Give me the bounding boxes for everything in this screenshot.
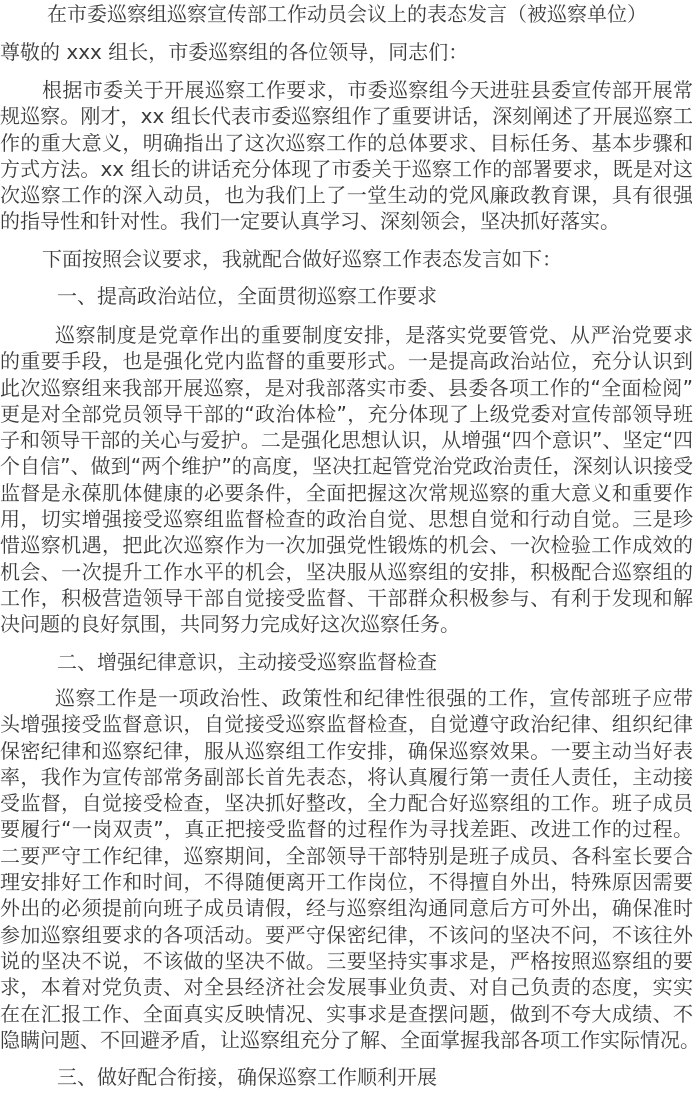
paragraph-line: 子和领导干部的关心与爱护。二是强化思想认识，从增强“四个意识”、坚定“四: [0, 427, 693, 453]
section-heading-1: 一、提高政治站位，全面贯彻巡察工作要求: [57, 283, 693, 309]
paragraph-line: 二要严守工作纪律，巡察期间，全部领导干部特别是班子成员、各科室长要合: [0, 843, 693, 869]
paragraph-line: 巡察工作是一项政治性、政策性和纪律性很强的工作，宣传部班子应带: [0, 685, 693, 711]
paragraph-transition: 下面按照会议要求，我就配合做好巡察工作表态发言如下：: [42, 246, 693, 272]
paragraph-line: 率，我作为宣传部常务副部长首先表态，将认真履行第一责任人责任，主动接: [0, 764, 693, 790]
paragraph-line: 隐瞒问题、不回避矛盾，让巡察组充分了解、全面掌握我部各项工作实际情况。: [0, 1027, 693, 1053]
paragraph-line: 监督是永葆肌体健康的必要条件，全面把握这次常规巡察的重大意义和重要作: [0, 480, 693, 506]
paragraph-line: 个自信”、做到“两个维护”的高度，坚决扛起管党治党政治责任，深刻认识接受: [0, 453, 693, 479]
paragraph-line: 机会、一次提升工作水平的机会，坚决服从巡察组的安排，积极配合巡察组的: [0, 559, 693, 585]
paragraph-line: 更是对全部党员领导干部的“政治体检”，充分体现了上级党委对宣传部领导班: [0, 401, 693, 427]
paragraph-line: 工作，积极营造领导干部自觉接受监督、干部群众积极参与、有利于发现和解: [0, 585, 693, 611]
paragraph-line: 次巡察工作的深入动员，也为我们上了一堂生动的党风廉政教育课，具有很强: [0, 182, 693, 208]
paragraph-line: 此次巡察组来我部开展巡察，是对我部落实市委、县委各项工作的“全面检阅”: [0, 375, 693, 401]
paragraph-line: 惜巡察机遇，把此次巡察作为一次加强党性锻炼的机会、一次检验工作成效的: [0, 532, 693, 558]
paragraph-line: 作的重大意义，明确指出了这次巡察工作的总体要求、目标任务、基本步骤和: [0, 130, 693, 156]
paragraph-section-2: 巡察工作是一项政治性、政策性和纪律性很强的工作，宣传部班子应带 头增强接受监督意…: [0, 685, 693, 1053]
document-title: 在市委巡察组巡察宣传部工作动员会议上的表态发言（被巡察单位）: [47, 1, 687, 27]
paragraph-line: 规巡察。刚才，xx 组长代表市委巡察组作了重要讲话，深刻阐述了开展巡察工: [0, 103, 693, 129]
paragraph-line: 方式方法。xx 组长的讲话充分体现了市委关于巡察工作的部署要求，既是对这: [0, 156, 693, 182]
paragraph-line: 受监督，自觉接受检查，坚决抓好整改，全力配合好巡察组的工作。班子成员: [0, 790, 693, 816]
paragraph-line: 的重要手段，也是强化党内监督的重要形式。一是提高政治站位，充分认识到: [0, 348, 693, 374]
paragraph-line: 巡察制度是党章作出的重要制度安排，是落实党要管党、从严治党要求: [0, 322, 693, 348]
paragraph-line: 理安排好工作和时间，不得随便离开工作岗位，不得擅自外出，特殊原因需要: [0, 869, 693, 895]
paragraph-line: 的指导性和针对性。我们一定要认真学习、深刻领会，坚决抓好落实。: [0, 208, 693, 234]
section-heading-2: 二、增强纪律意识，主动接受巡察监督检查: [57, 649, 693, 675]
paragraph-section-1: 巡察制度是党章作出的重要制度安排，是落实党要管党、从严治党要求 的重要手段，也是…: [0, 322, 693, 638]
paragraph-line: 根据市委关于开展巡察工作要求，市委巡察组今天进驻县委宣传部开展常: [0, 77, 693, 103]
paragraph-line: 决问题的良好氛围，共同努力完成好这次巡察任务。: [0, 611, 693, 637]
paragraph-line: 参加巡察组要求的各项活动。要严守保密纪律，不该问的坚决不问，不该往外: [0, 922, 693, 948]
paragraph-line: 外出的必须提前向班子成员请假，经与巡察组沟通同意后方可外出，确保准时: [0, 895, 693, 921]
paragraph-line: 求，本着对党负责、对全县经济社会发展事业负责、对自己负责的态度，实实: [0, 974, 693, 1000]
paragraph-line: 在在汇报工作、全面真实反映情况、实事求是查摆问题，做到不夸大成绩、不: [0, 1001, 693, 1027]
paragraph-intro: 根据市委关于开展巡察工作要求，市委巡察组今天进驻县委宣传部开展常 规巡察。刚才，…: [0, 77, 693, 235]
paragraph-line: 说的坚决不说，不该做的坚决不做。三要坚持实事求是，严格按照巡察组的要: [0, 948, 693, 974]
paragraph-line: 用，切实增强接受巡察组监督检查的政治自觉、思想自觉和行动自觉。三是珍: [0, 506, 693, 532]
paragraph-line: 要履行“一岗双责”，真正把接受监督的过程作为寻找差距、改进工作的过程。: [0, 816, 693, 842]
section-heading-3: 三、做好配合衔接，确保巡察工作顺利开展: [57, 1064, 693, 1090]
paragraph-line: 保密纪律和巡察纪律，服从巡察组工作安排，确保巡察效果。一要主动当好表: [0, 738, 693, 764]
salutation: 尊敬的 xxx 组长，市委巡察组的各位领导，同志们：: [0, 39, 693, 65]
paragraph-line: 头增强接受监督意识，自觉接受巡察监督检查，自觉遵守政治纪律、组织纪律: [0, 711, 693, 737]
